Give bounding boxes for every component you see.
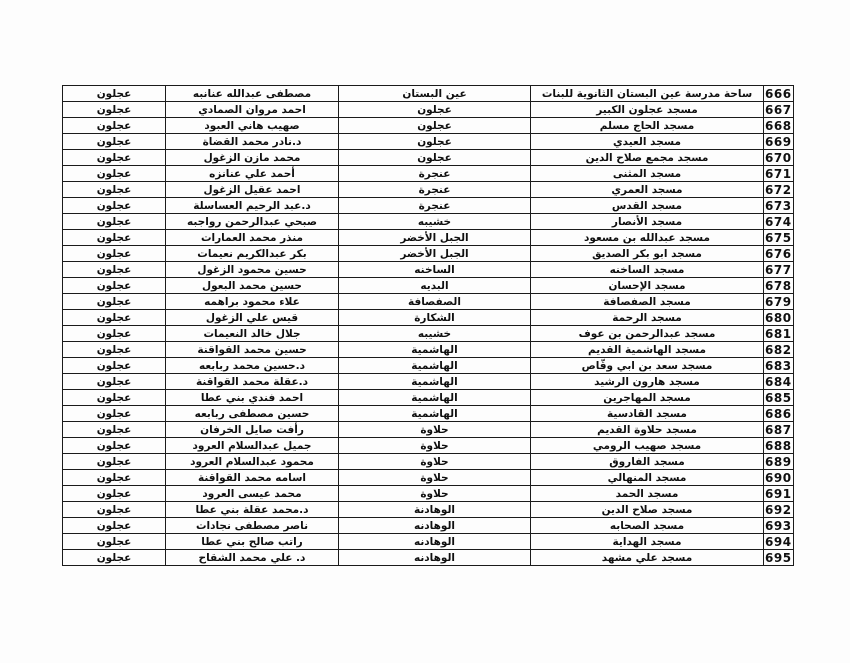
governorate-cell: عجلون [63, 134, 166, 150]
imam-name-cell: محمد مازن الزغول [166, 150, 339, 166]
table-row: 669مسجد العيديعجلوند.نادر محمد القضاةعجل… [63, 134, 794, 150]
table-row: 695مسجد علي مشهدالوهادنهد. علي محمد الشق… [63, 550, 794, 566]
mosque-name-cell: مسجد الهداية [531, 534, 764, 550]
imam-name-cell: راتب صالح بني عطا [166, 534, 339, 550]
mosque-name-cell: مسجد عجلون الكبير [531, 102, 764, 118]
table-row: 694مسجد الهدايةالوهادنهراتب صالح بني عطا… [63, 534, 794, 550]
locality-cell: حلاوة [339, 486, 531, 502]
locality-cell: الهاشمية [339, 342, 531, 358]
imam-name-cell: صهيب هاني العبود [166, 118, 339, 134]
imam-name-cell: رأفت صايل الخرفان [166, 422, 339, 438]
table-row: 683مسجد سعد بن ابي وقّاصالهاشميةد.حسين م… [63, 358, 794, 374]
locality-cell: الهاشمية [339, 358, 531, 374]
mosque-name-cell: مسجد عبدالله بن مسعود [531, 230, 764, 246]
serial-number-cell: 671 [764, 166, 794, 182]
table-row: 684مسجد هارون الرشيدالهاشميةد.عقلة محمد … [63, 374, 794, 390]
governorate-cell: عجلون [63, 374, 166, 390]
locality-cell: الهاشمية [339, 406, 531, 422]
serial-number-cell: 687 [764, 422, 794, 438]
table-row: 668مسجد الحاج مسلمعجلونصهيب هاني العبودع… [63, 118, 794, 134]
imam-name-cell: احمد عقيل الزغول [166, 182, 339, 198]
mosque-name-cell: مسجد ابو بكر الصديق [531, 246, 764, 262]
governorate-cell: عجلون [63, 454, 166, 470]
locality-cell: الجبل الأخضر [339, 230, 531, 246]
imam-name-cell: احمد فندي بني عطا [166, 390, 339, 406]
governorate-cell: عجلون [63, 406, 166, 422]
governorate-cell: عجلون [63, 342, 166, 358]
serial-number-cell: 691 [764, 486, 794, 502]
locality-cell: الجبل الأخضر [339, 246, 531, 262]
imam-name-cell: صبحي عبدالرحمن رواجبه [166, 214, 339, 230]
locality-cell: الصفصافة [339, 294, 531, 310]
imam-name-cell: قيس علي الزغول [166, 310, 339, 326]
serial-number-cell: 667 [764, 102, 794, 118]
table-row: 682مسجد الهاشمية القديمالهاشميةحسين محمد… [63, 342, 794, 358]
locality-cell: حلاوة [339, 454, 531, 470]
table-row: 672مسجد العمريعنجرةاحمد عقيل الزغولعجلون [63, 182, 794, 198]
serial-number-cell: 695 [764, 550, 794, 566]
table-row: 677مسجد الساخنهالساخنهحسين محمود الزغولع… [63, 262, 794, 278]
table-row: 686مسجد القادسيةالهاشميةحسين مصطفى ربابع… [63, 406, 794, 422]
table-row: 680مسجد الرحمةالشكارةقيس علي الزغولعجلون [63, 310, 794, 326]
serial-number-cell: 673 [764, 198, 794, 214]
locality-cell: عنجرة [339, 166, 531, 182]
serial-number-cell: 674 [764, 214, 794, 230]
governorate-cell: عجلون [63, 550, 166, 566]
serial-number-cell: 689 [764, 454, 794, 470]
governorate-cell: عجلون [63, 86, 166, 102]
serial-number-cell: 666 [764, 86, 794, 102]
table-row: 674مسجد الأنصارخشيبهصبحي عبدالرحمن رواجب… [63, 214, 794, 230]
serial-number-cell: 684 [764, 374, 794, 390]
serial-number-cell: 678 [764, 278, 794, 294]
serial-number-cell: 672 [764, 182, 794, 198]
imam-name-cell: د.حسين محمد ربابعه [166, 358, 339, 374]
table-row: 679مسجد الصفصافةالصفصافةعلاء محمود براهم… [63, 294, 794, 310]
mosque-name-cell: مسجد المهاجرين [531, 390, 764, 406]
mosque-roster-table: 666ساحة مدرسة عين البستان الثانوية للبنا… [62, 85, 794, 566]
imam-name-cell: حسين محمود الزغول [166, 262, 339, 278]
mosque-name-cell: مسجد الصحابه [531, 518, 764, 534]
mosque-name-cell: مسجد العمري [531, 182, 764, 198]
mosque-name-cell: مسجد مجمع صلاح الدين [531, 150, 764, 166]
serial-number-cell: 694 [764, 534, 794, 550]
imam-name-cell: حسين مصطفى ربابعه [166, 406, 339, 422]
table-row: 692مسجد صلاح الدينالوهادنةد.محمد عقلة بن… [63, 502, 794, 518]
imam-name-cell: د. علي محمد الشقاح [166, 550, 339, 566]
locality-cell: الوهادنة [339, 502, 531, 518]
mosque-name-cell: مسجد الصفصافة [531, 294, 764, 310]
table-row: 685مسجد المهاجرينالهاشميةاحمد فندي بني ع… [63, 390, 794, 406]
mosque-name-cell: مسجد الإحسان [531, 278, 764, 294]
imam-name-cell: جميل عبدالسلام العرود [166, 438, 339, 454]
serial-number-cell: 669 [764, 134, 794, 150]
imam-name-cell: علاء محمود براهمه [166, 294, 339, 310]
mosque-name-cell: مسجد الأنصار [531, 214, 764, 230]
serial-number-cell: 677 [764, 262, 794, 278]
imam-name-cell: د.محمد عقلة بني عطا [166, 502, 339, 518]
serial-number-cell: 668 [764, 118, 794, 134]
table-row: 666ساحة مدرسة عين البستان الثانوية للبنا… [63, 86, 794, 102]
governorate-cell: عجلون [63, 230, 166, 246]
mosque-name-cell: مسجد علي مشهد [531, 550, 764, 566]
mosque-name-cell: مسجد الهاشمية القديم [531, 342, 764, 358]
governorate-cell: عجلون [63, 310, 166, 326]
governorate-cell: عجلون [63, 326, 166, 342]
scanned-document-page: 666ساحة مدرسة عين البستان الثانوية للبنا… [0, 0, 850, 663]
serial-number-cell: 679 [764, 294, 794, 310]
serial-number-cell: 688 [764, 438, 794, 454]
serial-number-cell: 670 [764, 150, 794, 166]
serial-number-cell: 681 [764, 326, 794, 342]
imam-name-cell: د.عبد الرحيم العساسلة [166, 198, 339, 214]
locality-cell: الساخنه [339, 262, 531, 278]
imam-name-cell: محمود عبدالسلام العرود [166, 454, 339, 470]
locality-cell: حلاوة [339, 470, 531, 486]
serial-number-cell: 680 [764, 310, 794, 326]
mosque-name-cell: مسجد صلاح الدين [531, 502, 764, 518]
mosque-name-cell: مسجد سعد بن ابي وقّاص [531, 358, 764, 374]
locality-cell: عنجرة [339, 198, 531, 214]
locality-cell: عين البستان [339, 86, 531, 102]
serial-number-cell: 685 [764, 390, 794, 406]
table-row: 688مسجد صهيب الروميحلاوةجميل عبدالسلام ا… [63, 438, 794, 454]
governorate-cell: عجلون [63, 470, 166, 486]
imam-name-cell: بكر عبدالكريم نعيمات [166, 246, 339, 262]
mosque-name-cell: مسجد الفاروق [531, 454, 764, 470]
table-row: 673مسجد القدسعنجرةد.عبد الرحيم العساسلةع… [63, 198, 794, 214]
mosque-name-cell: مسجد العيدي [531, 134, 764, 150]
mosque-name-cell: مسجد هارون الرشيد [531, 374, 764, 390]
serial-number-cell: 682 [764, 342, 794, 358]
governorate-cell: عجلون [63, 502, 166, 518]
governorate-cell: عجلون [63, 198, 166, 214]
imam-name-cell: حسين محمد البعول [166, 278, 339, 294]
locality-cell: البديه [339, 278, 531, 294]
imam-name-cell: د.عقلة محمد القواقنة [166, 374, 339, 390]
locality-cell: خشيبه [339, 326, 531, 342]
table-row: 670مسجد مجمع صلاح الدينعجلونمحمد مازن ال… [63, 150, 794, 166]
mosque-name-cell: مسجد القادسية [531, 406, 764, 422]
serial-number-cell: 693 [764, 518, 794, 534]
mosque-name-cell: مسجد الحاج مسلم [531, 118, 764, 134]
mosque-name-cell: مسجد المثنى [531, 166, 764, 182]
governorate-cell: عجلون [63, 262, 166, 278]
serial-number-cell: 686 [764, 406, 794, 422]
governorate-cell: عجلون [63, 118, 166, 134]
governorate-cell: عجلون [63, 486, 166, 502]
locality-cell: عجلون [339, 102, 531, 118]
mosque-name-cell: مسجد الساخنه [531, 262, 764, 278]
table-row: 691مسجد الحمدحلاوةمحمد عيسى العرودعجلون [63, 486, 794, 502]
table-row: 671مسجد المثنىعنجرةأحمد علي عنانزهعجلون [63, 166, 794, 182]
serial-number-cell: 675 [764, 230, 794, 246]
governorate-cell: عجلون [63, 294, 166, 310]
imam-name-cell: احمد مروان الصمادي [166, 102, 339, 118]
serial-number-cell: 692 [764, 502, 794, 518]
imam-name-cell: ناصر مصطفى نجادات [166, 518, 339, 534]
locality-cell: عنجرة [339, 182, 531, 198]
governorate-cell: عجلون [63, 438, 166, 454]
governorate-cell: عجلون [63, 246, 166, 262]
table-row: 667مسجد عجلون الكبيرعجلوناحمد مروان الصم… [63, 102, 794, 118]
mosque-name-cell: مسجد الرحمة [531, 310, 764, 326]
governorate-cell: عجلون [63, 182, 166, 198]
table-row: 693مسجد الصحابهالوهادنهناصر مصطفى نجادات… [63, 518, 794, 534]
serial-number-cell: 690 [764, 470, 794, 486]
mosque-name-cell: مسجد عبدالرحمن بن عوف [531, 326, 764, 342]
locality-cell: الوهادنه [339, 518, 531, 534]
imam-name-cell: حسين محمد القواقنة [166, 342, 339, 358]
imam-name-cell: جلال خالد النعيمات [166, 326, 339, 342]
imam-name-cell: مصطفى عبدالله عنانبه [166, 86, 339, 102]
mosque-name-cell: ساحة مدرسة عين البستان الثانوية للبنات [531, 86, 764, 102]
imam-name-cell: أحمد علي عنانزه [166, 166, 339, 182]
locality-cell: الوهادنه [339, 534, 531, 550]
governorate-cell: عجلون [63, 358, 166, 374]
locality-cell: الشكارة [339, 310, 531, 326]
mosque-name-cell: مسجد حلاوة القديم [531, 422, 764, 438]
governorate-cell: عجلون [63, 150, 166, 166]
table-row: 675مسجد عبدالله بن مسعودالجبل الأخضرمنذر… [63, 230, 794, 246]
table-row: 690مسجد المنهاليحلاوةاسامه محمد القواقنة… [63, 470, 794, 486]
governorate-cell: عجلون [63, 214, 166, 230]
table-row: 687مسجد حلاوة القديمحلاوةرأفت صايل الخرف… [63, 422, 794, 438]
governorate-cell: عجلون [63, 390, 166, 406]
imam-name-cell: محمد عيسى العرود [166, 486, 339, 502]
locality-cell: حلاوة [339, 438, 531, 454]
locality-cell: حلاوة [339, 422, 531, 438]
governorate-cell: عجلون [63, 278, 166, 294]
governorate-cell: عجلون [63, 534, 166, 550]
table-row: 681مسجد عبدالرحمن بن عوفخشيبهجلال خالد ا… [63, 326, 794, 342]
locality-cell: الهاشمية [339, 374, 531, 390]
governorate-cell: عجلون [63, 518, 166, 534]
table-row: 678مسجد الإحسانالبديهحسين محمد البعولعجل… [63, 278, 794, 294]
serial-number-cell: 683 [764, 358, 794, 374]
governorate-cell: عجلون [63, 422, 166, 438]
mosque-name-cell: مسجد المنهالي [531, 470, 764, 486]
locality-cell: الهاشمية [339, 390, 531, 406]
locality-cell: عجلون [339, 118, 531, 134]
imam-name-cell: د.نادر محمد القضاة [166, 134, 339, 150]
governorate-cell: عجلون [63, 166, 166, 182]
locality-cell: الوهادنه [339, 550, 531, 566]
table-row: 676مسجد ابو بكر الصديقالجبل الأخضربكر عب… [63, 246, 794, 262]
locality-cell: خشيبه [339, 214, 531, 230]
mosque-name-cell: مسجد صهيب الرومي [531, 438, 764, 454]
imam-name-cell: منذر محمد العمارات [166, 230, 339, 246]
imam-name-cell: اسامه محمد القواقنة [166, 470, 339, 486]
locality-cell: عجلون [339, 150, 531, 166]
mosque-name-cell: مسجد القدس [531, 198, 764, 214]
table-row: 689مسجد الفاروقحلاوةمحمود عبدالسلام العر… [63, 454, 794, 470]
mosque-name-cell: مسجد الحمد [531, 486, 764, 502]
serial-number-cell: 676 [764, 246, 794, 262]
governorate-cell: عجلون [63, 102, 166, 118]
locality-cell: عجلون [339, 134, 531, 150]
